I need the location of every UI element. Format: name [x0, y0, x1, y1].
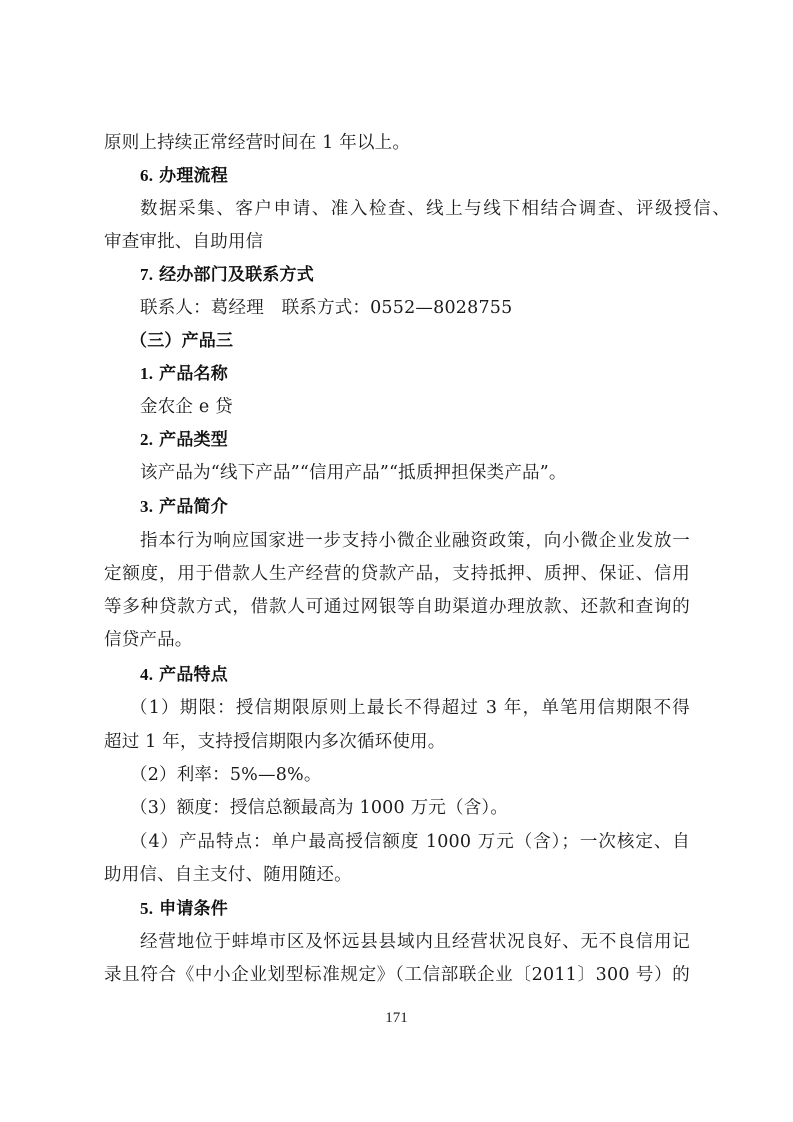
section-title: 产品类型 — [159, 430, 228, 450]
section-number: 3. — [140, 497, 153, 516]
document-page: 原则上持续正常经营时间在 1 年以上。 6.办理流程 数据采集、客户申请、准入检… — [0, 0, 793, 1122]
paragraph-line: 录且符合《中小企业划型标准规定》（工信部联企业〔2011〕300 号）的 — [104, 963, 690, 987]
paragraph-line: 信贷产品。 — [104, 628, 690, 652]
section-title: 产品名称 — [159, 364, 228, 384]
section-title: 经办部门及联系方式 — [159, 265, 314, 285]
continuation-text: 原则上持续正常经营时间在 1 年以上。 — [104, 131, 690, 155]
section-title: 申请条件 — [159, 899, 228, 919]
section-number: 5. — [140, 899, 153, 918]
paragraph-line: 指本行为响应国家进一步支持小微企业融资政策，向小微企业发放一 — [140, 529, 690, 553]
section-number: 2. — [140, 430, 153, 449]
paragraph-line: 数据采集、客户申请、准入检查、线上与线下相结合调查、评级授信、 — [140, 197, 730, 221]
feature-item-continuation: 超过 1 年，支持授信期限内多次循环使用。 — [104, 730, 690, 754]
section-heading-product-type: 2.产品类型 — [140, 428, 690, 452]
section-heading-product-name: 1.产品名称 — [140, 362, 690, 386]
feature-item: （3）额度：授信总额最高为 1000 万元（含）。 — [130, 796, 716, 820]
paragraph-line: 等多种贷款方式，借款人可通过网银等自助渠道办理放款、还款和查询的 — [104, 595, 690, 619]
section-number: 6. — [140, 166, 153, 185]
section-number: 1. — [140, 364, 153, 383]
section-heading-application-conditions: 5.申请条件 — [140, 897, 690, 921]
section-title: 产品简介 — [159, 497, 228, 517]
feature-item: （1）期限：授信期限原则上最长不得超过 3 年，单笔用信期限不得 — [130, 696, 690, 720]
product-type-value: 该产品为“线下产品”“信用产品”“抵质押担保类产品”。 — [140, 461, 690, 485]
feature-item: （2）利率：5%—8%。 — [130, 763, 716, 787]
contact-info: 联系人：葛经理 联系方式：0552—8028755 — [140, 296, 690, 320]
paragraph-line: 定额度，用于借款人生产经营的贷款产品，支持抵押、质押、保证、信用 — [104, 562, 690, 586]
product-name-value: 金农企 e 贷 — [140, 395, 690, 419]
paragraph-line: 经营地位于蚌埠市区及怀远县县域内且经营状况良好、无不良信用记 — [140, 930, 690, 954]
section-heading-product-features: 4.产品特点 — [140, 663, 690, 687]
feature-item-continuation: 助用信、自主支付、随用随还。 — [104, 863, 690, 887]
feature-item: （4）产品特点：单户最高授信额度 1000 万元（含）；一次核定、自 — [130, 830, 690, 854]
page-number: 171 — [0, 1010, 793, 1027]
section-heading-process: 6.办理流程 — [140, 164, 690, 188]
section-number: 7. — [140, 265, 153, 284]
section-number: 4. — [140, 665, 153, 684]
product-heading: （三）产品三 — [130, 329, 716, 353]
section-title: 产品特点 — [159, 665, 228, 685]
paragraph-line: 审查审批、自助用信 — [104, 230, 690, 254]
section-heading-contact: 7.经办部门及联系方式 — [140, 263, 690, 287]
section-heading-product-intro: 3.产品简介 — [140, 495, 690, 519]
section-title: 办理流程 — [159, 166, 228, 186]
